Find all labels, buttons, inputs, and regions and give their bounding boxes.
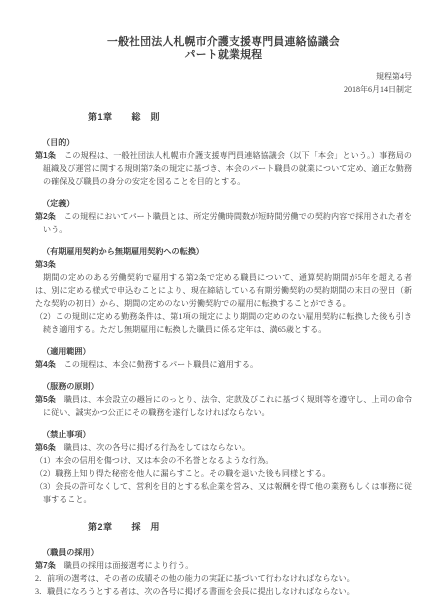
document-page: 一般社団法人札幌市介護支援専門員連絡協議会 パート就業規程 規程第4号 2018… xyxy=(0,0,425,600)
article-paragraph: （3）会長の許可なくして、営利を目的とする私企業を営み、又は報酬を得て他の業務も… xyxy=(35,480,412,506)
article-paragraph: 第2条 この規程においてパート職員とは、所定労働時間数が短時間労働での契約内容で… xyxy=(35,210,412,236)
enactment-date: 2018年6月14日制定 xyxy=(35,84,412,97)
document-title-line1: 一般社団法人札幌市介護支援専門員連絡協議会 xyxy=(35,36,412,49)
article-paragraph: （2）この規則に定める勤務条件は、第1項の規定により期間の定めのない雇用契約に転… xyxy=(35,310,412,336)
article-number: 第6条 xyxy=(35,443,56,452)
article-caption: （禁止事項） xyxy=(35,428,412,441)
article-paragraph: 第1条 この規程は、一般社団法人札幌市介護支援専門員連絡協議会（以下「本会」とい… xyxy=(35,149,412,188)
article-caption: （服務の原則） xyxy=(35,380,412,393)
document-title: 一般社団法人札幌市介護支援専門員連絡協議会 パート就業規程 xyxy=(35,36,412,62)
article-paragraph: 3．職員になろうとする者は、次の各号に掲げる書面を会長に提出しなければならない。 xyxy=(35,585,412,598)
document-title-line2: パート就業規程 xyxy=(35,49,412,62)
article-caption: （適用範囲） xyxy=(35,345,412,358)
article-paragraph: 期間の定めのある労働契約で雇用する第2条で定める職員について、通算契約期間が5年… xyxy=(35,271,412,310)
article-paragraph: 2．前項の選考は、その者の成績その他の能力の実証に基づいて行わなければならない。 xyxy=(35,572,412,585)
article-number: 第5条 xyxy=(35,395,56,404)
article-paragraph: 第5条 職員は、本会設立の趣旨にのっとり、法令、定款及びこれに基づく規則等を遵守… xyxy=(35,393,412,419)
article-caption: （目的） xyxy=(35,136,412,149)
article-caption: （職員の採用） xyxy=(35,546,412,559)
article-paragraph: （2）職務上知り得た秘密を他人に漏らすこと。その職を退いた後も同様とする。 xyxy=(35,467,412,480)
document-meta: 規程第4号 2018年6月14日制定 xyxy=(35,71,412,96)
article-number: 第4条 xyxy=(35,360,56,369)
chapter-heading: 第2章 採 用 xyxy=(35,521,412,534)
article-paragraph: 第4条 この規程は、本会に勤務するパート職員に適用する。 xyxy=(35,358,412,371)
regulation-number: 規程第4号 xyxy=(35,71,412,84)
article-caption: （有期雇用契約から無期雇用契約への転換） xyxy=(35,245,412,258)
chapter-heading: 第1章 総 則 xyxy=(35,111,412,124)
article-paragraph: 第6条 職員は、次の各号に掲げる行為をしてはならない。 xyxy=(35,441,412,454)
article-number: 第2条 xyxy=(35,212,56,221)
article-paragraph: 第7条 職員の採用は面接選考により行う。 xyxy=(35,559,412,572)
article-paragraph: （1）本会の信用を傷つけ、又は本会の不名誉となるような行為。 xyxy=(35,454,412,467)
article-number: 第1条 xyxy=(35,151,56,160)
document-body: 第1章 総 則（目的）第1条 この規程は、一般社団法人札幌市介護支援専門員連絡協… xyxy=(35,111,412,598)
article-caption: （定義） xyxy=(35,197,412,210)
article-number: 第7条 xyxy=(35,561,56,570)
article-number: 第3条 xyxy=(35,258,412,271)
